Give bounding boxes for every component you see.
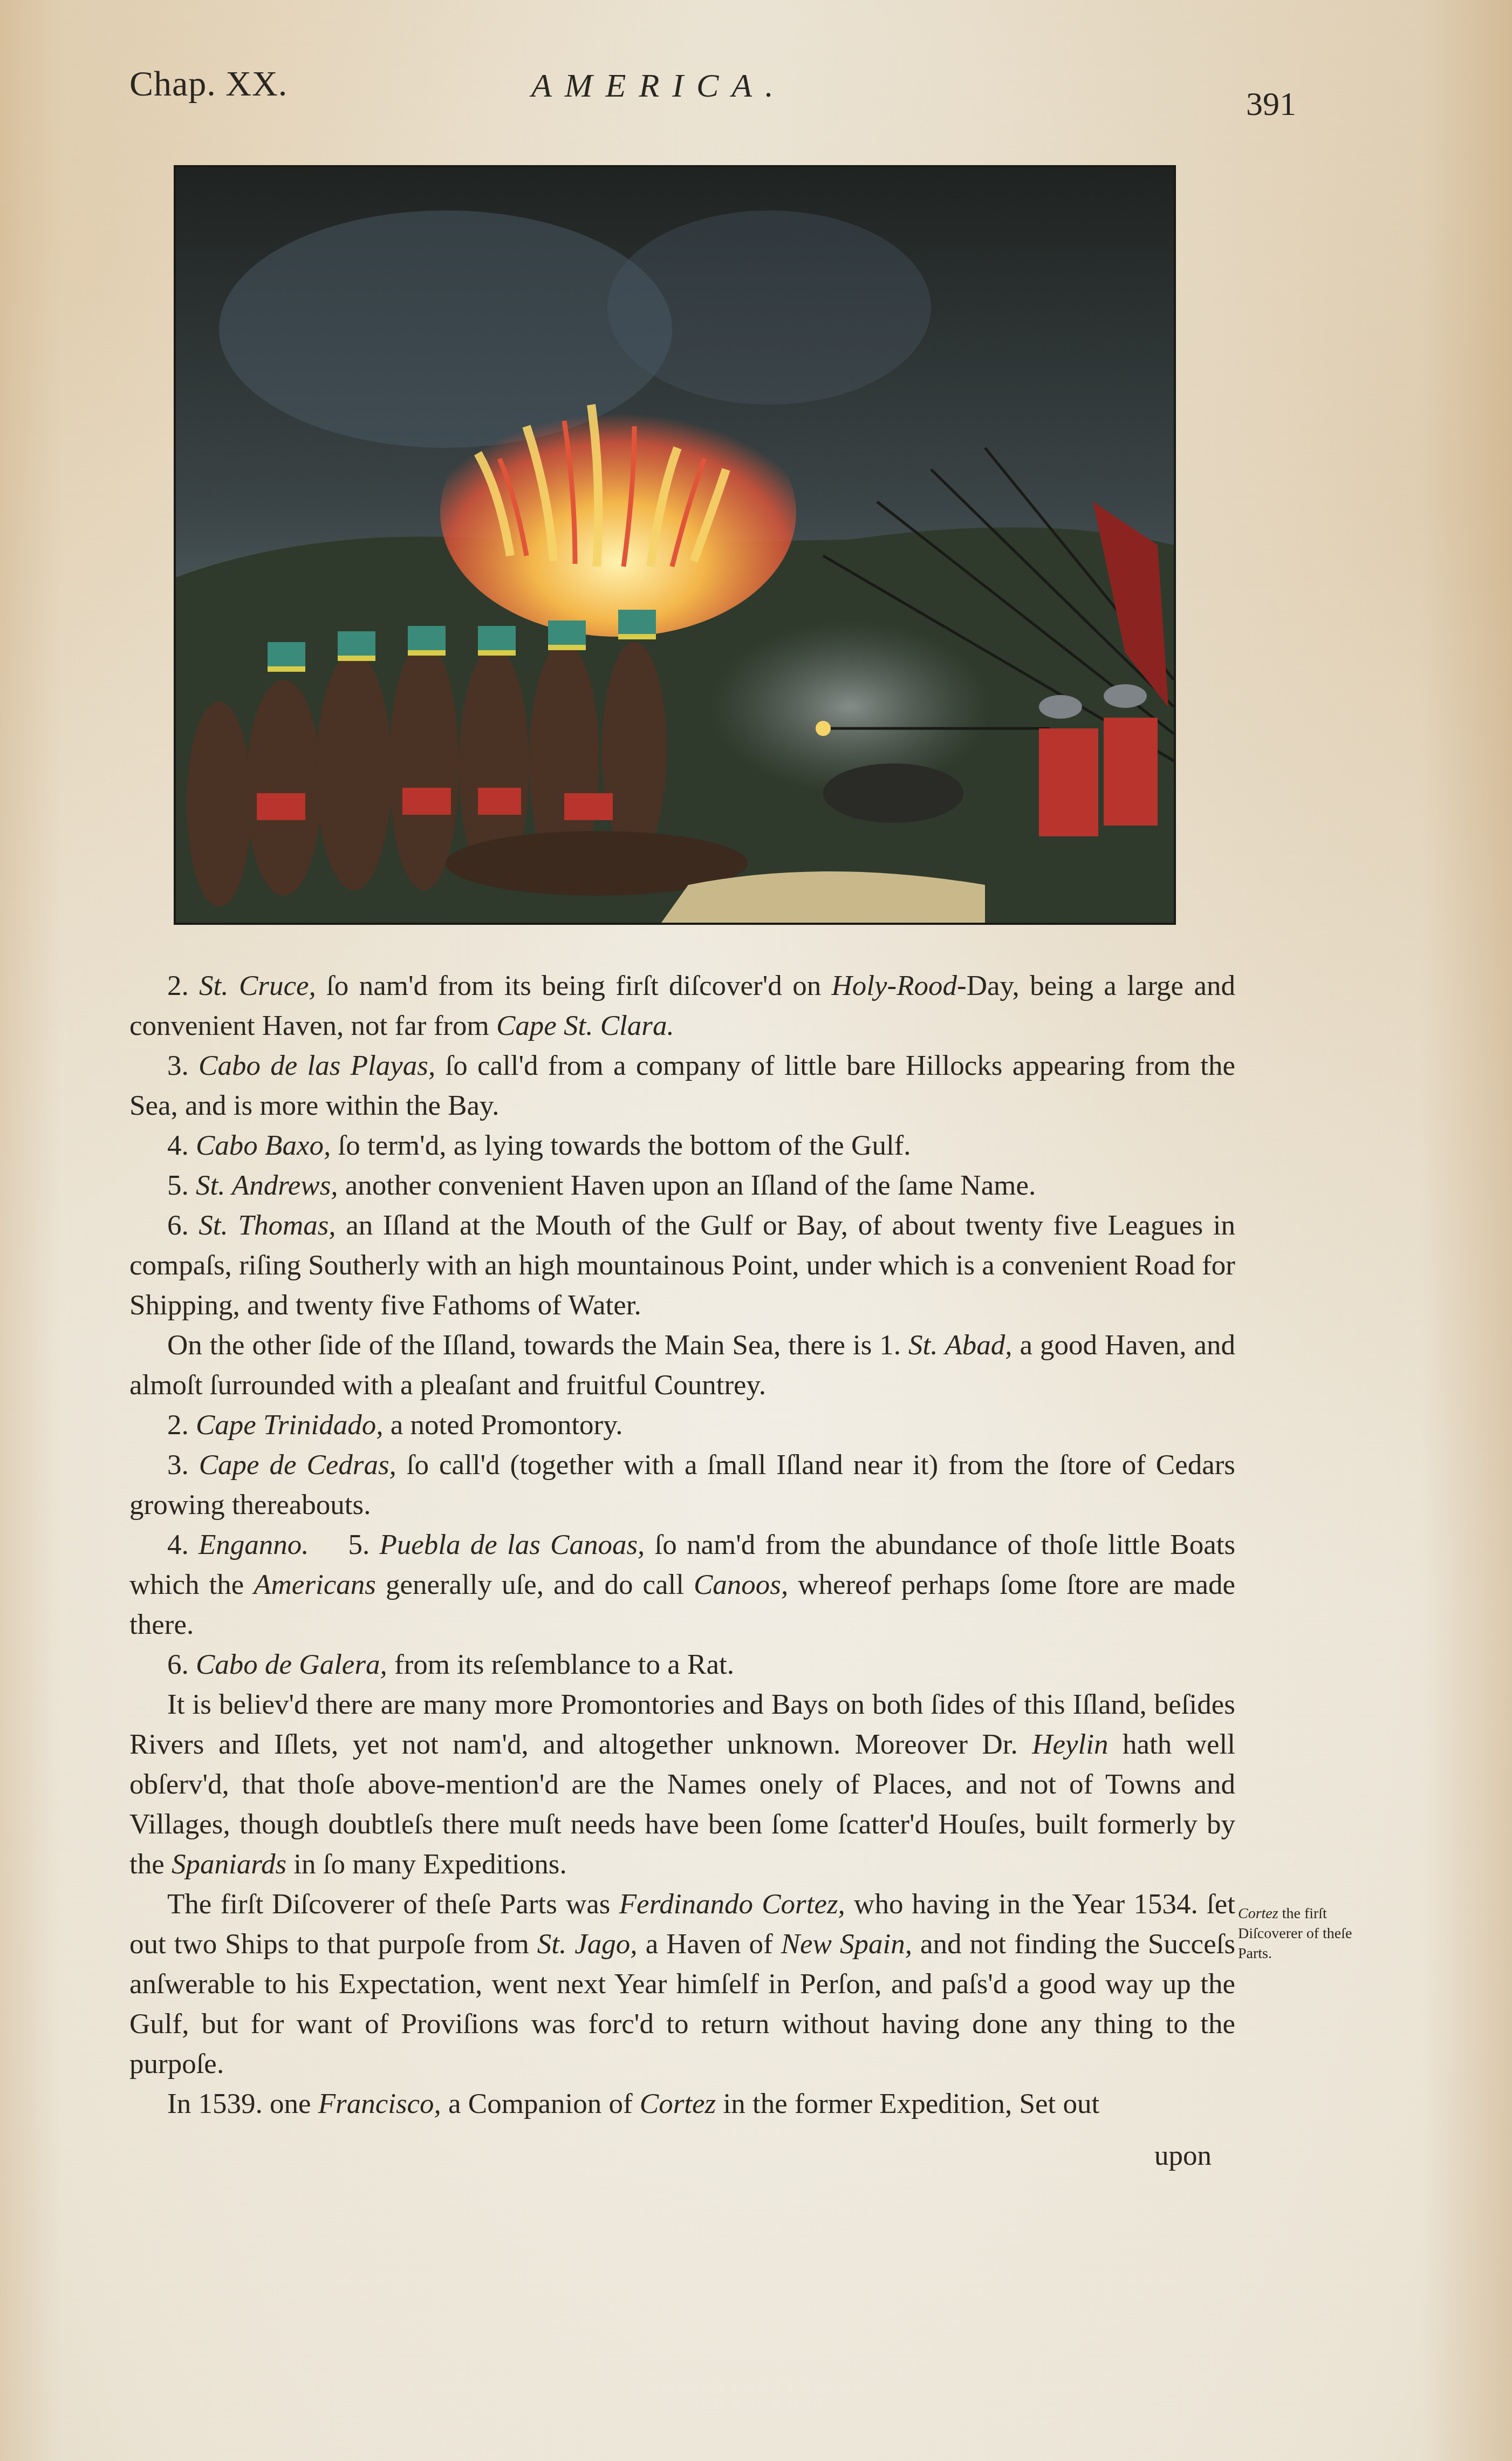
marginal-note: Cortez the firſt Diſcoverer of theſe Par…: [1238, 1904, 1357, 1964]
person-name: Heylin: [1032, 1729, 1108, 1760]
place-name: New Spain,: [781, 1928, 912, 1960]
paragraph-text: ſo nam'd from its being firſt diſcover'd…: [316, 970, 832, 1001]
place-name: Cape St. Clara.: [496, 1010, 674, 1041]
place-name: St. Abad,: [908, 1330, 1012, 1361]
paragraph-cortez: The firſt Diſcoverer of theſe Parts was …: [129, 1884, 1235, 2084]
paragraph-text: a Haven of: [638, 1928, 781, 1960]
place-name: St. Thomas,: [199, 1210, 336, 1241]
item-number: 3.: [167, 1449, 189, 1481]
item-number: 2.: [167, 1409, 189, 1441]
paragraph-text: The firſt Diſcoverer of theſe Parts was: [167, 1889, 619, 1920]
item-number: 4.: [167, 1130, 189, 1161]
item-number: 4.: [167, 1529, 189, 1560]
running-head: Chap. XX. AMERICA. 391: [129, 64, 1316, 123]
paragraph-st-thomas: 6. St. Thomas, an Iſland at the Mouth of…: [129, 1205, 1235, 1325]
place-name: St. Cruce,: [199, 970, 316, 1001]
paragraph-text: On the other ſide of the Iſland, towards…: [167, 1330, 908, 1361]
paragraph-text: ſo term'd, as lying towards the bottom o…: [331, 1130, 911, 1161]
paragraph-text: another convenient Haven upon an Iſland …: [338, 1170, 1036, 1201]
place-name: Cabo de las Playas,: [199, 1050, 435, 1081]
paragraph-text: in the former Expedition, Set out: [716, 2088, 1099, 2119]
paragraph-st-cruce: 2. St. Cruce, ſo nam'd from its being fi…: [129, 966, 1235, 1046]
paragraph-cabo-de-las-playas: 3. Cabo de las Playas, ſo call'd from a …: [129, 1046, 1235, 1126]
item-number: 6.: [167, 1649, 189, 1680]
paragraph-st-abad: On the other ſide of the Iſland, towards…: [129, 1325, 1235, 1405]
body-text: 2. St. Cruce, ſo nam'd from its being fi…: [129, 966, 1235, 2124]
catchword: upon: [1154, 2139, 1212, 2172]
place-name: Cape de Cedras,: [199, 1449, 396, 1481]
paragraph-text: a noted Promontory.: [384, 1409, 623, 1441]
italic-term: Americans: [254, 1569, 376, 1600]
place-name: Puebla de las Canoas,: [379, 1529, 645, 1560]
paragraph-cabo-baxo: 4. Cabo Baxo, ſo term'd, as lying toward…: [129, 1126, 1235, 1165]
paragraph-text: from its reſemblance to a Rat.: [387, 1649, 734, 1680]
paragraph-enganno-puebla: 4. Enganno. 5. Puebla de las Canoas, ſo …: [129, 1525, 1235, 1645]
italic-term: Spaniards: [172, 1849, 286, 1880]
page-title: AMERICA.: [531, 67, 786, 105]
page-number: 391: [1246, 85, 1296, 124]
italic-term: Canoos,: [694, 1569, 788, 1600]
person-name: Ferdinando Cortez,: [619, 1889, 845, 1920]
item-number: 5.: [348, 1529, 370, 1560]
paragraph-text: generally uſe, and do call: [376, 1569, 694, 1600]
place-name: Enganno.: [199, 1529, 309, 1560]
person-name: Cortez: [640, 2088, 716, 2119]
person-name: Francisco,: [318, 2088, 441, 2119]
item-number: 5.: [167, 1170, 189, 1201]
paragraph-francisco: In 1539. one Francisco, a Companion of C…: [129, 2084, 1235, 2124]
paragraph-cabo-de-galera: 6. Cabo de Galera, from its reſemblance …: [129, 1645, 1235, 1685]
place-name: Cabo Baxo,: [196, 1130, 331, 1161]
battle-scene-image: [176, 167, 1174, 923]
paragraph-heylin: It is believ'd there are many more Promo…: [129, 1685, 1235, 1884]
paragraph-text: a Companion of: [441, 2088, 640, 2119]
engraving-illustration: [174, 165, 1176, 925]
place-name: Cabo de Galera,: [196, 1649, 387, 1680]
place-name: Cape Trinidado,: [196, 1409, 384, 1441]
chapter-label: Chap. XX.: [129, 64, 288, 105]
paragraph-text: In 1539. one: [167, 2088, 318, 2119]
marginal-note-name: Cortez: [1238, 1905, 1278, 1922]
place-name: St. Jago,: [537, 1928, 638, 1960]
item-number: 3.: [167, 1050, 189, 1081]
paragraph-cape-trinidado: 2. Cape Trinidado, a noted Promontory.: [129, 1405, 1235, 1445]
paragraph-st-andrews: 5. St. Andrews, another convenient Haven…: [129, 1165, 1235, 1205]
item-number: 6.: [167, 1210, 189, 1241]
place-name: St. Andrews,: [196, 1170, 338, 1201]
paragraph-cape-de-cedras: 3. Cape de Cedras, ſo call'd (together w…: [129, 1445, 1235, 1525]
paragraph-text: in ſo many Expeditions.: [286, 1849, 567, 1880]
italic-term: Holy-Rood-: [832, 970, 967, 1001]
item-number: 2.: [167, 970, 189, 1001]
